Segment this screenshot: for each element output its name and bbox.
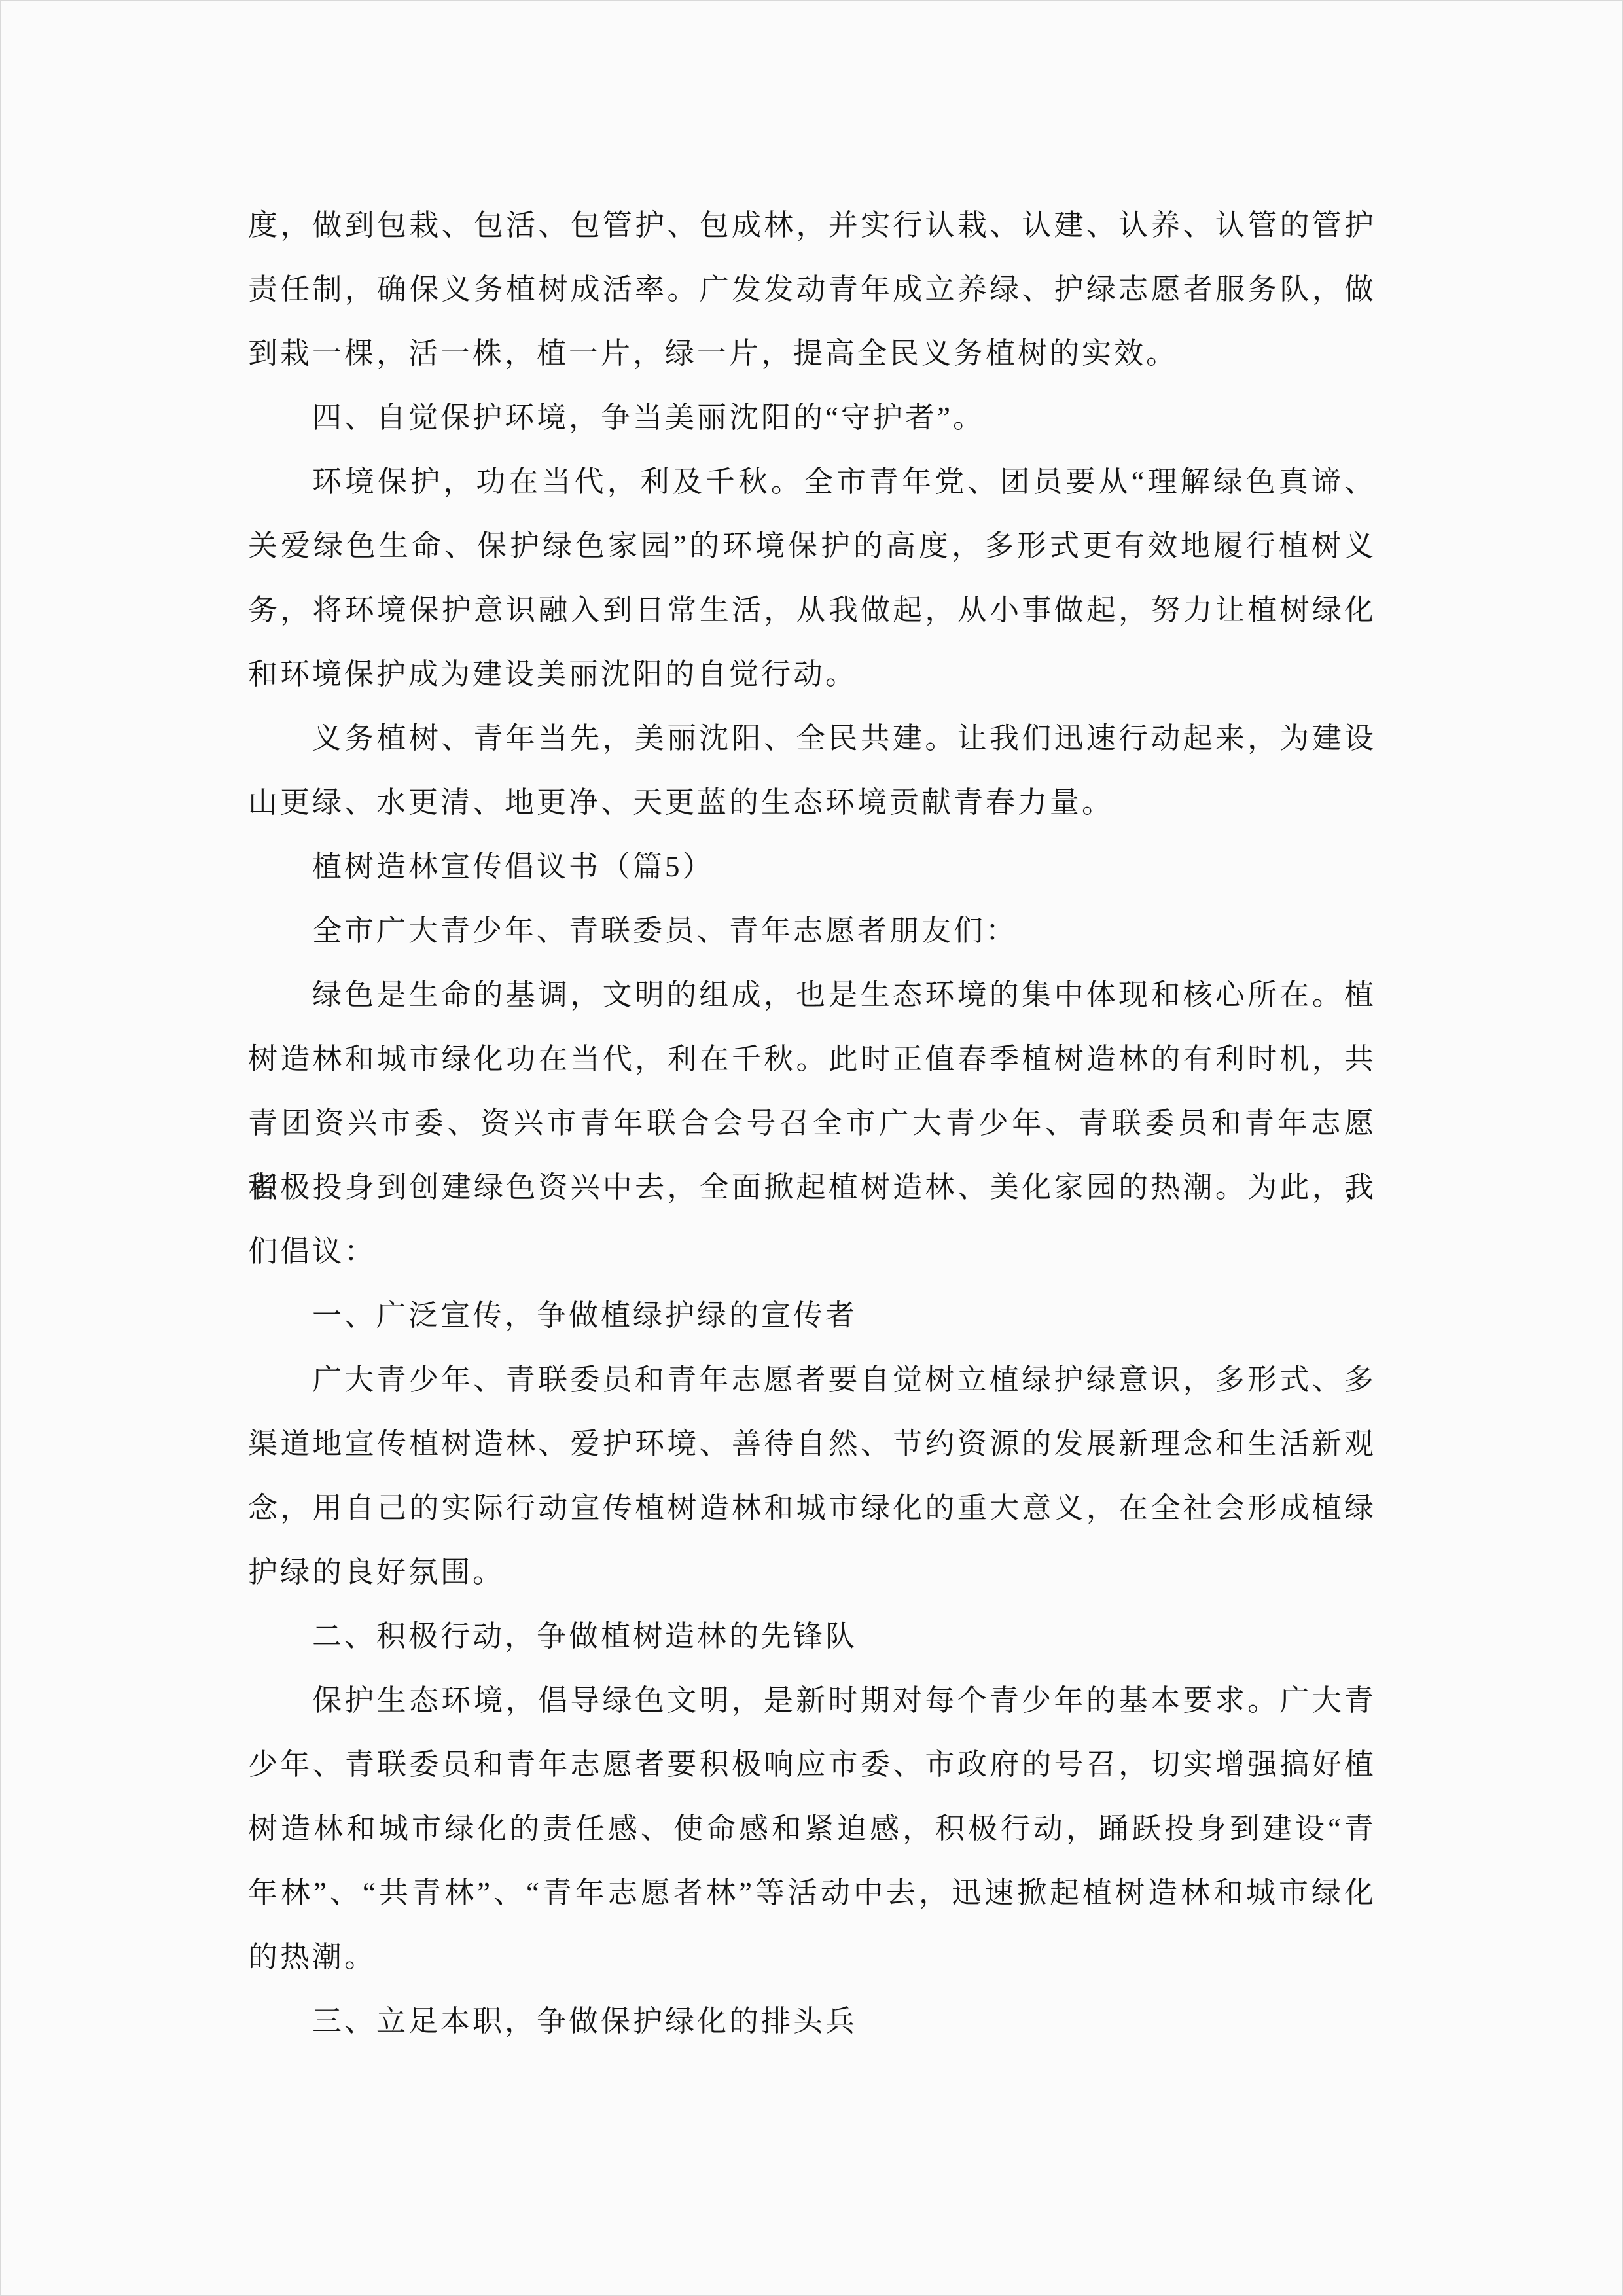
text-line: 植树造林宣传倡议书（篇5）: [248, 834, 1376, 899]
document-text-block: 度，做到包栽、包活、包管护、包成林，并实行认栽、认建、认养、认管的管护责任制，确…: [248, 193, 1376, 2053]
text-line: 们倡议：: [248, 1219, 1376, 1283]
text-line: 和环境保护成为建设美丽沈阳的自觉行动。: [248, 642, 1376, 706]
text-line: 保护生态环境，倡导绿色文明，是新时期对每个青少年的基本要求。广大青: [248, 1668, 1376, 1732]
text-line: 三、立足本职，争做保护绿化的排头兵: [248, 1989, 1376, 2053]
text-line: 责任制，确保义务植树成活率。广发发动青年成立养绿、护绿志愿者服务队，做: [248, 257, 1376, 321]
text-line: 树造林和城市绿化的责任感、使命感和紧迫感，积极行动，踊跃投身到建设“青: [248, 1797, 1376, 1861]
text-line: 年林”、“共青林”、“青年志愿者林”等活动中去，迅速掀起植树造林和城市绿化: [248, 1861, 1376, 1925]
text-line: 的热潮。: [248, 1925, 1376, 1989]
text-line: 青团资兴市委、资兴市青年联合会号召全市广大青少年、青联委员和青年志愿者，: [248, 1091, 1376, 1155]
text-line: 环境保护，功在当代，利及千秋。全市青年党、团员要从“理解绿色真谛、: [248, 450, 1376, 514]
text-line: 义务植树、青年当先，美丽沈阳、全民共建。让我们迅速行动起来，为建设: [248, 706, 1376, 770]
text-line: 渠道地宣传植树造林、爱护环境、善待自然、节约资源的发展新理念和生活新观: [248, 1412, 1376, 1476]
text-line: 念，用自己的实际行动宣传植树造林和城市绿化的重大意义，在全社会形成植绿: [248, 1476, 1376, 1540]
text-line: 广大青少年、青联委员和青年志愿者要自觉树立植绿护绿意识，多形式、多: [248, 1348, 1376, 1412]
text-line: 到栽一棵，活一株，植一片，绿一片，提高全民义务植树的实效。: [248, 321, 1376, 386]
text-line: 全市广大青少年、青联委员、青年志愿者朋友们：: [248, 899, 1376, 963]
text-line: 树造林和城市绿化功在当代，利在千秋。此时正值春季植树造林的有利时机，共: [248, 1027, 1376, 1091]
text-line: 绿色是生命的基调，文明的组成，也是生态环境的集中体现和核心所在。植: [248, 963, 1376, 1027]
text-line: 二、积极行动，争做植树造林的先锋队: [248, 1604, 1376, 1668]
text-line: 护绿的良好氛围。: [248, 1540, 1376, 1604]
text-line: 四、自觉保护环境，争当美丽沈阳的“守护者”。: [248, 386, 1376, 450]
document-page: 度，做到包栽、包活、包管护、包成林，并实行认栽、认建、认养、认管的管护责任制，确…: [0, 0, 1623, 2296]
text-line: 少年、青联委员和青年志愿者要积极响应市委、市政府的号召，切实增强搞好植: [248, 1732, 1376, 1797]
text-line: 一、广泛宣传，争做植绿护绿的宣传者: [248, 1283, 1376, 1348]
text-line: 度，做到包栽、包活、包管护、包成林，并实行认栽、认建、认养、认管的管护: [248, 193, 1376, 257]
text-line: 积极投身到创建绿色资兴中去，全面掀起植树造林、美化家园的热潮。为此，我: [248, 1155, 1376, 1219]
text-line: 山更绿、水更清、地更净、天更蓝的生态环境贡献青春力量。: [248, 770, 1376, 834]
text-line: 关爱绿色生命、保护绿色家园”的环境保护的高度，多形式更有效地履行植树义: [248, 514, 1376, 578]
text-line: 务，将环境保护意识融入到日常生活，从我做起，从小事做起，努力让植树绿化: [248, 578, 1376, 642]
